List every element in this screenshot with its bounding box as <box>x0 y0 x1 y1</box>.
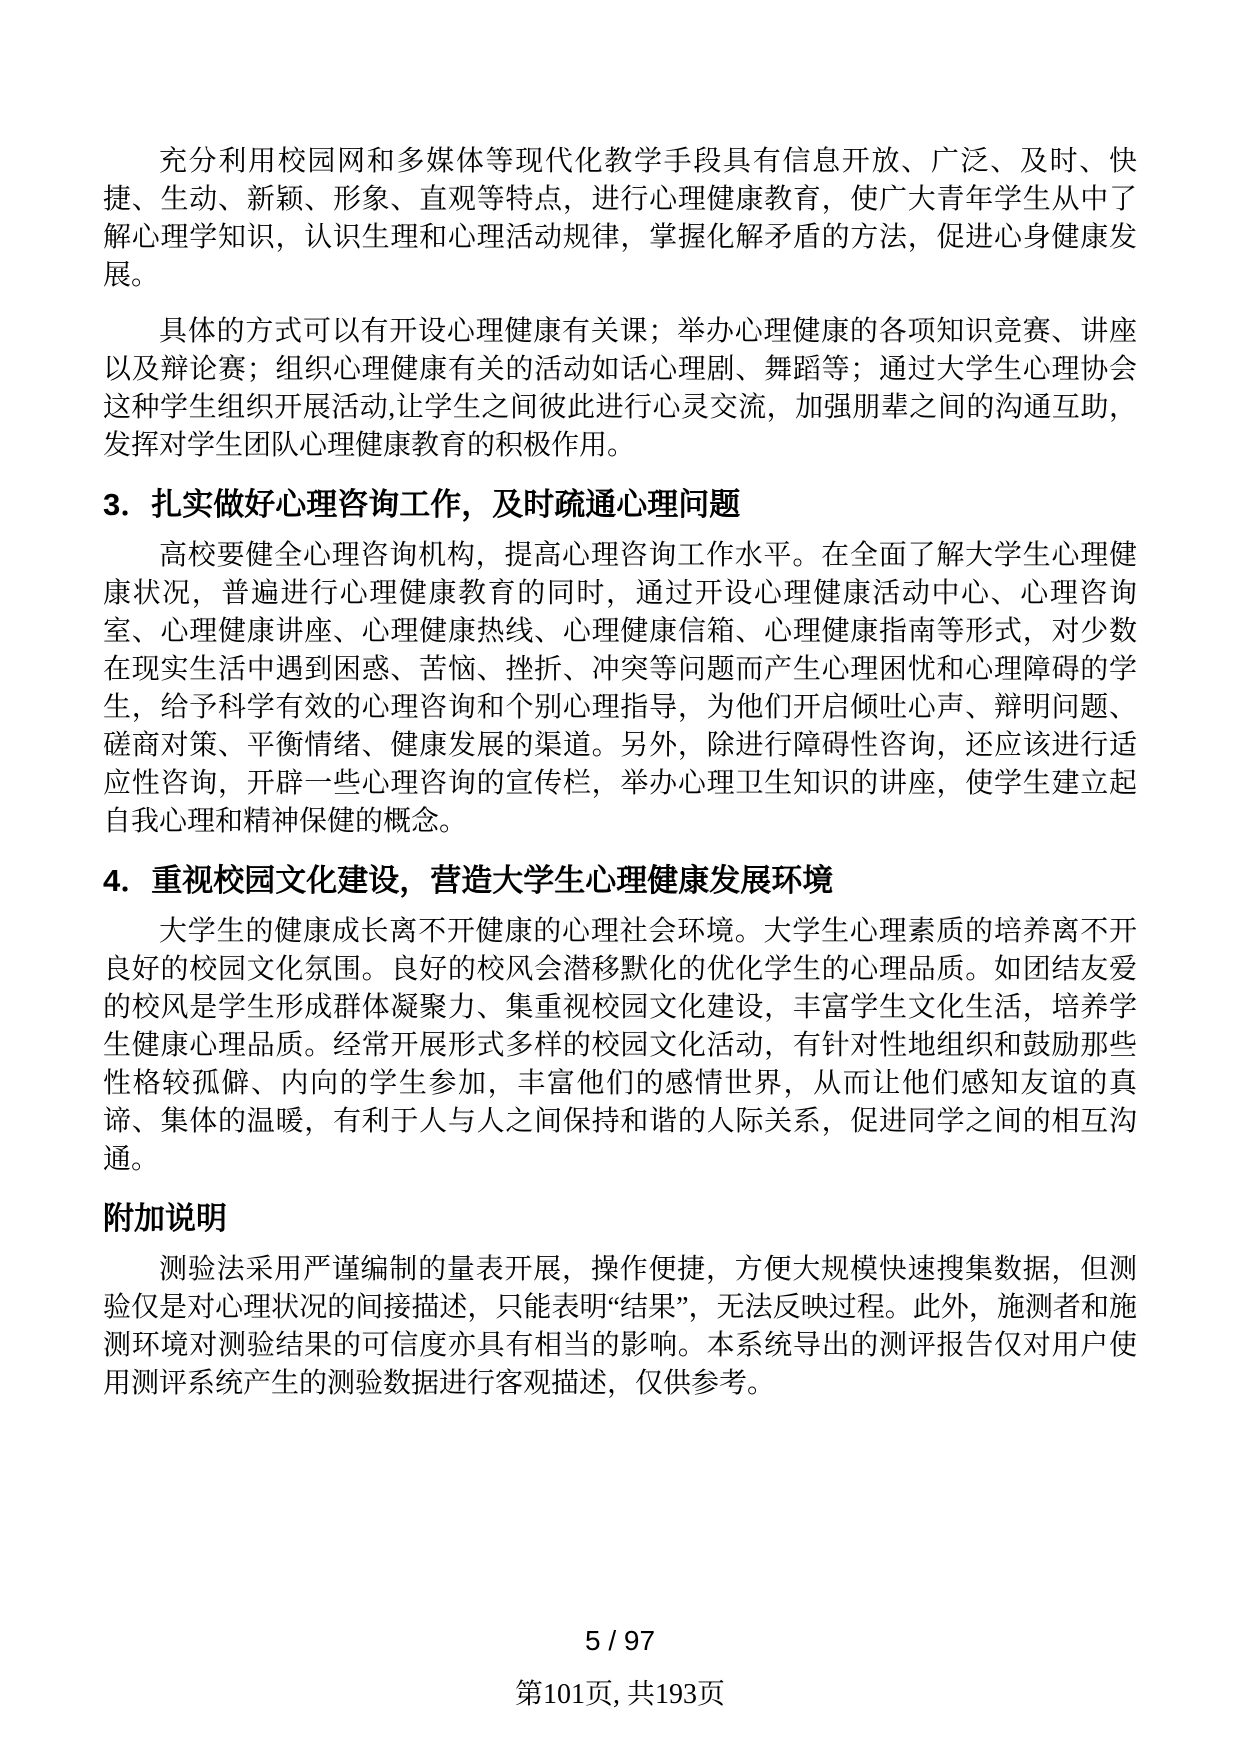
document-page: 充分利用校园网和多媒体等现代化教学手段具有信息开放、广泛、及时、快捷、生动、新颖… <box>0 0 1240 1753</box>
pagination-label: 第101页, 共193页 <box>0 1678 1240 1712</box>
appendix-heading: 附加说明 <box>103 1197 1137 1241</box>
section-3-heading: 3．扎实做好心理咨询工作，及时疏通心理问题 <box>103 483 1137 527</box>
paragraph-modern-teaching-methods: 充分利用校园网和多媒体等现代化教学手段具有信息开放、广泛、及时、快捷、生动、新颖… <box>103 143 1137 295</box>
appendix-paragraph: 测验法采用严谨编制的量表开展，操作便捷，方便大规模快速搜集数据，但测验仅是对心理… <box>103 1251 1137 1403</box>
paragraph-specific-methods: 具体的方式可以有开设心理健康有关课；举办心理健康的各项知识竞赛、讲座以及辩论赛；… <box>103 313 1137 465</box>
section-4-heading: 4．重视校园文化建设，营造大学生心理健康发展环境 <box>103 859 1137 903</box>
document-body: 充分利用校园网和多媒体等现代化教学手段具有信息开放、广泛、及时、快捷、生动、新颖… <box>103 143 1137 1403</box>
page-number-indicator: 5 / 97 <box>0 1624 1240 1658</box>
section-4-paragraph: 大学生的健康成长离不开健康的心理社会环境。大学生心理素质的培养离不开良好的校园文… <box>103 913 1137 1179</box>
section-3-paragraph: 高校要健全心理咨询机构，提高心理咨询工作水平。在全面了解大学生心理健康状况，普遍… <box>103 537 1137 841</box>
